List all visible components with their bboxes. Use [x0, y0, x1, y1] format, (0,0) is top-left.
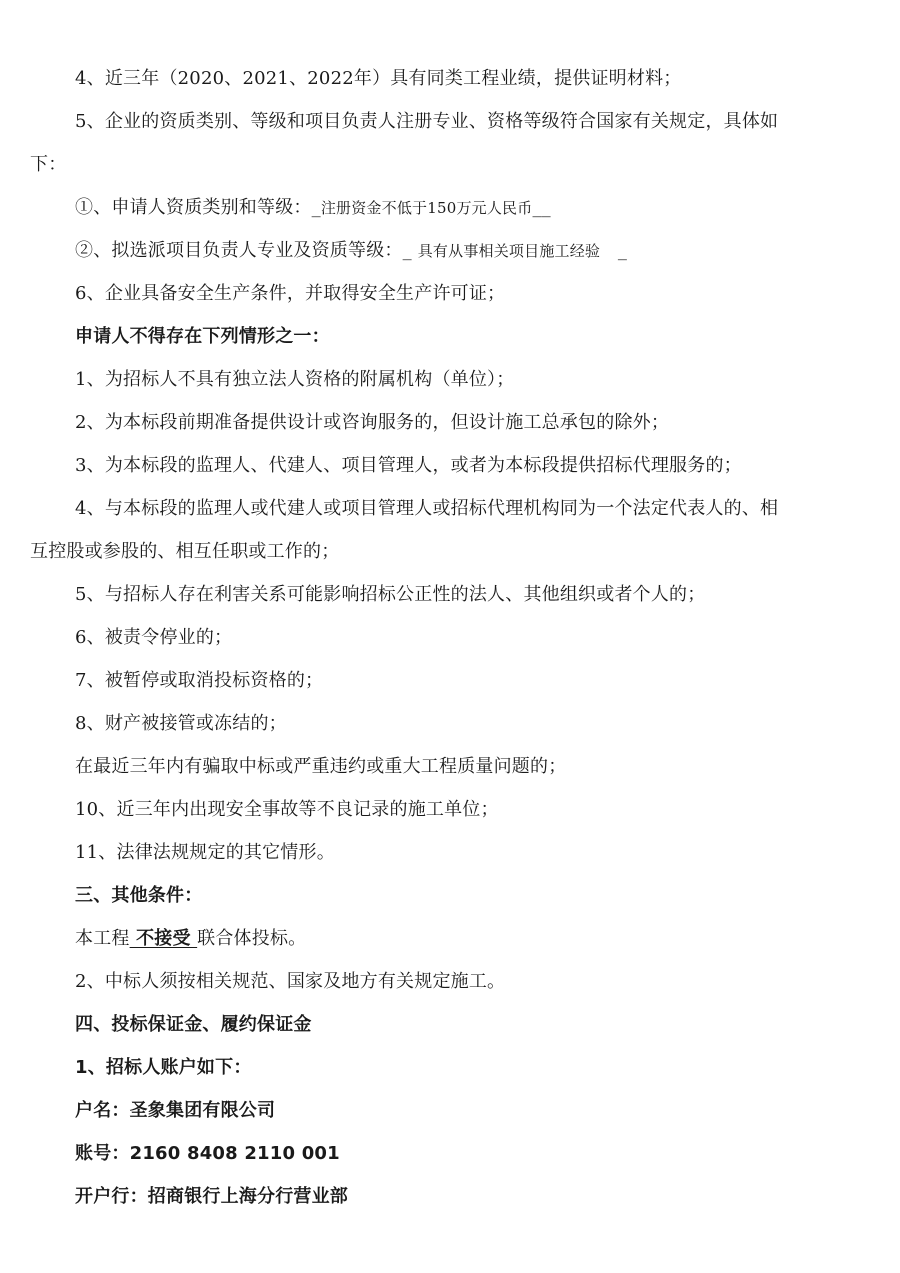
account-name: 户名：圣象集团有限公司 [75, 1099, 275, 1123]
qualification-2-blank-suffix: _ [600, 240, 627, 261]
exclusion-item-8: 8、财产被接管或冻结的； [75, 712, 287, 736]
qualification-1-label: ①、申请人资质类别和等级： [75, 197, 312, 218]
deposit-heading: 四、投标保证金、履约保证金 [75, 1013, 312, 1037]
consortium-prefix: 本工程 [75, 928, 130, 949]
exclusion-item-4-line2: 互控股或参股的、相互任职或工作的； [30, 540, 339, 564]
qualification-2-label: ②、拟选派项目负责人专业及资质等级： [75, 240, 403, 261]
exclusion-item-7: 7、被暂停或取消投标资格的； [75, 669, 323, 693]
consortium-suffix: 联合体投标。 [197, 928, 306, 949]
exclusions-heading: 申请人不得存在下列情形之一： [75, 325, 330, 349]
qualification-1-blank-suffix: __ [532, 197, 550, 218]
exclusion-item-9: 在最近三年内有骗取中标或严重违约或重大工程质量问题的； [75, 755, 566, 779]
exclusion-item-10: 10、近三年内出现安全事故等不良记录的施工单位； [75, 798, 499, 822]
consortium-value: 不接受 [130, 928, 198, 949]
exclusion-item-5: 5、与招标人存在利害关系可能影响招标公正性的法人、其他组织或者个人的； [75, 583, 705, 607]
requirement-6: 6、企业具备安全生产条件，并取得安全生产许可证； [75, 282, 505, 306]
exclusion-item-2: 2、为本标段前期准备提供设计或咨询服务的，但设计施工总承包的除外； [75, 411, 669, 435]
account-intro: 1、招标人账户如下： [75, 1056, 252, 1080]
exclusion-item-3: 3、为本标段的监理人、代建人、项目管理人，或者为本标段提供招标代理服务的； [75, 454, 742, 478]
account-number: 账号：2160 8408 2110 001 [75, 1142, 340, 1166]
qualification-2-blank-prefix: _ [403, 240, 418, 261]
exclusion-item-6: 6、被责令停业的； [75, 626, 232, 650]
requirement-5-line2: 下： [30, 153, 66, 177]
exclusion-item-4-line1: 4、与本标段的监理人或代建人或项目管理人或招标代理机构同为一个法定代表人的、相 [75, 497, 778, 521]
document-page: 4、近三年（2020、2021、2022年）具有同类工程业绩，提供证明材料； 5… [0, 0, 900, 1273]
requirement-5-line1: 5、企业的资质类别、等级和项目负责人注册专业、资格等级符合国家有关规定，具体如 [75, 110, 778, 134]
exclusion-item-1: 1、为招标人不具有独立法人资格的附属机构（单位）； [75, 368, 514, 392]
other-conditions-heading: 三、其他条件： [75, 884, 202, 908]
qualification-2-value: 具有从事相关项目施工经验 [418, 242, 600, 260]
other-conditions-item-2: 2、中标人须按相关规范、国家及地方有关规定施工。 [75, 970, 505, 994]
bank-name: 开户行：招商银行上海分行营业部 [75, 1185, 348, 1209]
requirement-4: 4、近三年（2020、2021、2022年）具有同类工程业绩，提供证明材料； [75, 67, 681, 91]
qualification-1: ①、申请人资质类别和等级：_注册资金不低于150万元人民币__ [75, 196, 551, 220]
qualification-1-blank-prefix: _ [312, 197, 321, 218]
qualification-2: ②、拟选派项目负责人专业及资质等级：_ 具有从事相关项目施工经验 _ [75, 239, 627, 263]
qualification-1-value: 注册资金不低于150万元人民币 [321, 199, 533, 217]
consortium-clause: 本工程 不接受 联合体投标。 [75, 927, 306, 951]
exclusion-item-11: 11、法律法规规定的其它情形。 [75, 841, 335, 865]
